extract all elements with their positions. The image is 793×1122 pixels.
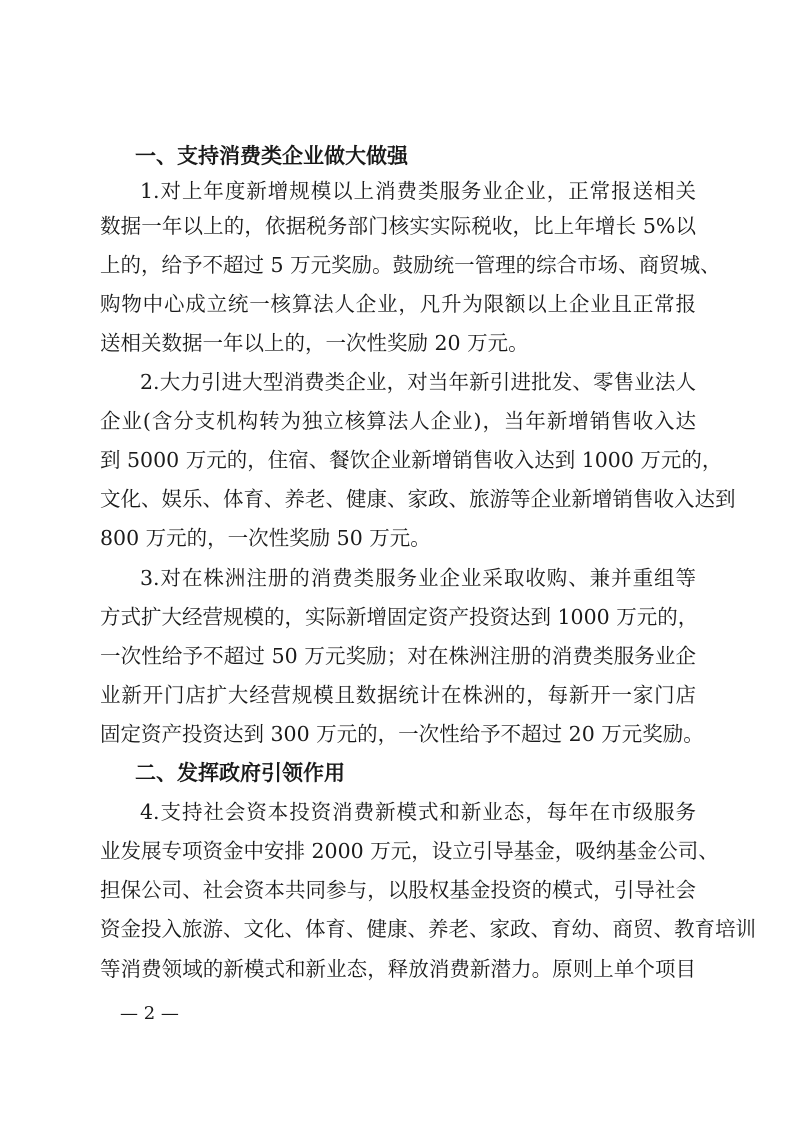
paragraph-4-line-2: 业发展专项资金中安排 2000 万元，设立引导基金，吸纳基金公司、	[100, 837, 696, 865]
paragraph-3-line-3: 一次性给予不超过 50 万元奖励；对在株洲注册的消费类服务业企	[100, 642, 696, 670]
paragraph-3-line-4: 业新开门店扩大经营规模且数据统计在株洲的，每新开一家门店	[100, 681, 696, 709]
paragraph-1-line-3: 上的，给予不超过 5 万元奖励。鼓励统一管理的综合市场、商贸城、	[100, 251, 696, 279]
paragraph-3-line-2: 方式扩大经营规模的，实际新增固定资产投资达到 1000 万元的，	[100, 603, 696, 631]
paragraph-2-line-5: 800 万元的，一次性奖励 50 万元。	[100, 524, 696, 552]
paragraph-3-line-5: 固定资产投资达到 300 万元的，一次性给予不超过 20 万元奖励。	[100, 720, 696, 748]
section-heading-1: 一、支持消费类企业做大做强	[135, 142, 408, 170]
paragraph-2-line-4: 文化、娱乐、体育、养老、健康、家政、旅游等企业新增销售收入达到	[100, 485, 696, 513]
paragraph-2-line-3: 到 5000 万元的，住宿、餐饮企业新增销售收入达到 1000 万元的，	[100, 446, 696, 474]
paragraph-1-line-4: 购物中心成立统一核算法人企业，凡升为限额以上企业且正常报	[100, 290, 696, 318]
paragraph-1-line-1: 1.对上年度新增规模以上消费类服务业企业，正常报送相关	[140, 177, 696, 205]
paragraph-2-line-2: 企业(含分支机构转为独立核算法人企业)，当年新增销售收入达	[100, 407, 696, 435]
paragraph-4-line-5: 等消费领域的新模式和新业态，释放消费新潜力。原则上单个项目	[100, 955, 696, 983]
page-number: — 2 —	[120, 1002, 179, 1026]
paragraph-1-line-2: 数据一年以上的，依据税务部门核实实际税收，比上年增长 5%以	[100, 212, 696, 240]
section-heading-2: 二、发挥政府引领作用	[135, 759, 345, 787]
paragraph-3-line-1: 3.对在株洲注册的消费类服务业企业采取收购、兼并重组等	[140, 564, 696, 592]
paragraph-4-line-1: 4.支持社会资本投资消费新模式和新业态，每年在市级服务	[140, 798, 696, 826]
paragraph-4-line-3: 担保公司、社会资本共同参与，以股权基金投资的模式，引导社会	[100, 876, 696, 904]
paragraph-1-line-5: 送相关数据一年以上的，一次性奖励 20 万元。	[100, 329, 696, 357]
document-page: 一、支持消费类企业做大做强 1.对上年度新增规模以上消费类服务业企业，正常报送相…	[0, 0, 793, 1122]
paragraph-4-line-4: 资金投入旅游、文化、体育、健康、养老、家政、育幼、商贸、教育培训	[100, 915, 696, 943]
paragraph-2-line-1: 2.大力引进大型消费类企业，对当年新引进批发、零售业法人	[140, 368, 696, 396]
